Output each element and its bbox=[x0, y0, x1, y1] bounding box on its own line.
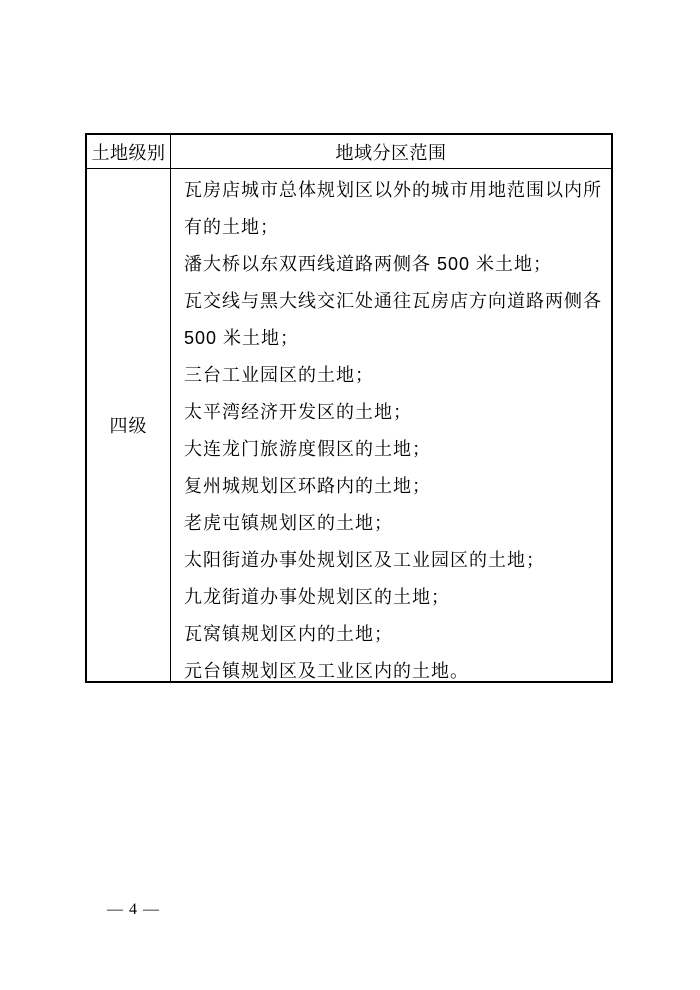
header-label-zone-range: 地域分区范围 bbox=[336, 139, 447, 165]
zone-range-line: 复州城规划区环路内的土地； bbox=[184, 468, 605, 505]
zone-range-line: 潘大桥以东双西线道路两侧各 500 米土地； bbox=[184, 246, 605, 283]
zone-range-line: 瓦房店城市总体规划区以外的城市用地范围以内所 bbox=[184, 172, 605, 209]
header-cell-land-grade: 土地级别 bbox=[87, 135, 171, 168]
grade-cell: 四级 bbox=[87, 169, 171, 681]
grade-label: 四级 bbox=[110, 412, 148, 438]
table-row: 四级 瓦房店城市总体规划区以外的城市用地范围以内所 有的土地； 潘大桥以东双西线… bbox=[87, 169, 611, 681]
zone-range-line: 瓦窝镇规划区内的土地； bbox=[184, 616, 605, 653]
zone-range-line: 三台工业园区的土地； bbox=[184, 357, 605, 394]
header-label-land-grade: 土地级别 bbox=[92, 139, 166, 165]
header-cell-zone-range: 地域分区范围 bbox=[171, 135, 611, 168]
page-number: — 4 — bbox=[107, 901, 160, 919]
zone-range-line: 九龙街道办事处规划区的土地； bbox=[184, 579, 605, 616]
land-grade-table: 土地级别 地域分区范围 四级 瓦房店城市总体规划区以外的城市用地范围以内所 有的… bbox=[85, 133, 613, 683]
table-header-row: 土地级别 地域分区范围 bbox=[87, 135, 611, 169]
document-page: 土地级别 地域分区范围 四级 瓦房店城市总体规划区以外的城市用地范围以内所 有的… bbox=[0, 0, 700, 990]
zone-range-line: 太阳街道办事处规划区及工业园区的土地； bbox=[184, 542, 605, 579]
zone-range-line: 瓦交线与黑大线交汇处通往瓦房店方向道路两侧各 bbox=[184, 283, 605, 320]
zone-range-cell: 瓦房店城市总体规划区以外的城市用地范围以内所 有的土地； 潘大桥以东双西线道路两… bbox=[171, 169, 611, 681]
zone-range-line: 元台镇规划区及工业区内的土地。 bbox=[184, 653, 605, 690]
zone-range-line: 有的土地； bbox=[184, 209, 605, 246]
zone-range-line: 太平湾经济开发区的土地； bbox=[184, 394, 605, 431]
zone-range-line: 老虎屯镇规划区的土地； bbox=[184, 505, 605, 542]
zone-range-line: 500 米土地； bbox=[184, 320, 605, 357]
zone-range-line: 大连龙门旅游度假区的土地； bbox=[184, 431, 605, 468]
